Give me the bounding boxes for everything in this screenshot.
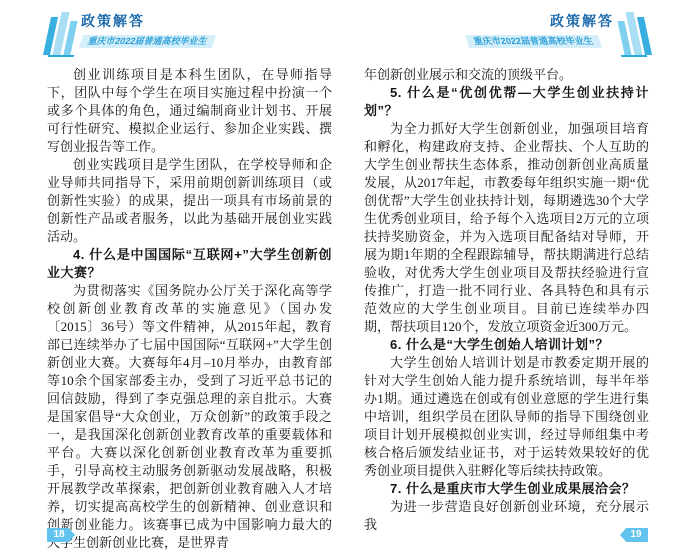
logo-base [48, 55, 75, 57]
header-text: 政策解答 重庆市2022届普通高校毕业生 [467, 13, 614, 49]
body-paragraph: 为全力抓好大学生创新创业，加强项目培育和孵化，构建政府支持、企业帮扶、个人互助的… [364, 120, 649, 336]
body-paragraph: 大学生创始人培训计划是市教委定期开展的针对大学生创始人能力提升系统培训，每半年举… [364, 354, 649, 480]
header-subtitle: 重庆市2022届普通高校毕业生 [79, 35, 216, 48]
header-banner: 重庆市2022届普通高校毕业生 [81, 31, 228, 49]
books-logo-icon [46, 13, 76, 57]
header-left: 政策解答 重庆市2022届普通高校毕业生 [46, 13, 228, 57]
header-text: 政策解答 重庆市2022届普通高校毕业生 [81, 13, 228, 49]
body-paragraph: 创业实践项目是学生团队，在学校导师和企业导师共同指导下，采用前期创新训练项目（或… [47, 156, 332, 246]
header-title: 政策解答 [550, 13, 614, 29]
books-logo-icon [619, 13, 649, 57]
left-page-text: 创业训练项目是本科生团队，在导师指导下，团队中每个学生在项目实施过程中扮演一个或… [47, 66, 332, 552]
booklet-spread: 政策解答 重庆市2022届普通高校毕业生 政策解答 重庆市2022届普通高校毕业… [0, 0, 695, 559]
header-title: 政策解答 [81, 13, 228, 29]
body-paragraph: 为贯彻落实《国务院办公厅关于深化高等学校创新创业教育改革的实施意见》（国办发〔2… [47, 282, 332, 552]
question-heading: 6. 什么是“大学生创始人培训计划”？ [364, 336, 649, 354]
body-paragraph: 创业训练项目是本科生团队，在导师指导下，团队中每个学生在项目实施过程中扮演一个或… [47, 66, 332, 156]
header-right: 政策解答 重庆市2022届普通高校毕业生 [467, 13, 649, 57]
body-paragraph: 为进一步营造良好创新创业环境，充分展示我 [364, 498, 649, 534]
question-heading: 7. 什么是重庆市大学生创业成果展洽会？ [364, 480, 649, 498]
header-banner: 重庆市2022届普通高校毕业生 [467, 31, 614, 49]
logo-base [621, 55, 648, 57]
question-heading: 4. 什么是中国国际“互联网+”大学生创新创业大赛？ [47, 246, 332, 282]
question-heading: 5. 什么是“优创优帮—大学生创业扶持计划”？ [364, 84, 649, 120]
header-subtitle: 重庆市2022届普通高校毕业生 [465, 35, 602, 48]
right-page-text: 年创新创业展示和交流的顶级平台。 5. 什么是“优创优帮—大学生创业扶持计划”？… [364, 66, 649, 534]
body-paragraph-continued: 年创新创业展示和交流的顶级平台。 [364, 66, 649, 84]
